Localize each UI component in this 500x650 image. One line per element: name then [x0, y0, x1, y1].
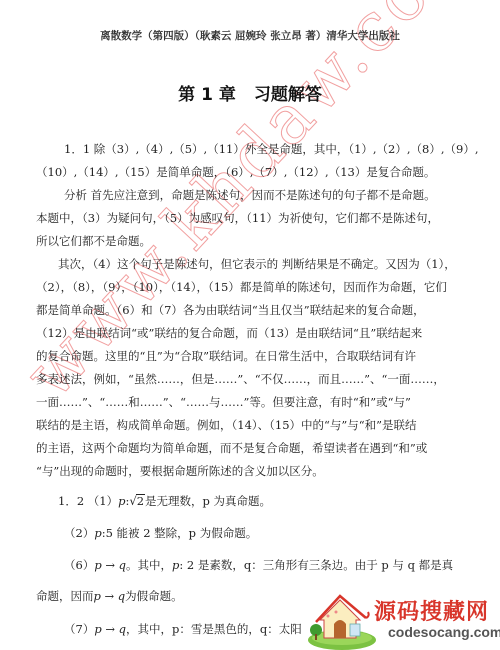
answer-1-2-item-1: 1．2 （1）p:√2是无理数，p 为真命题。: [36, 490, 452, 513]
paragraph-line: 都是简单命题。（6）和（7）各为由联结词“当且仅当”联结起来的复合命题，: [36, 299, 452, 322]
paragraph-line: 一面……”、“……和……”、“……与……”等。但要注意，有时“和”或“与”: [36, 391, 452, 414]
paragraph-line: 1．1 除（3）,（4）,（5）,（11）外全是命题，其中，（1）,（2）,（8…: [36, 138, 452, 161]
paragraph-line: （2），（8），（9），（10），（14），（15）都是简单的陈述句，因而作为命…: [36, 276, 452, 299]
paragraph-line: （10）,（14）,（15）是简单命题，（6）,（7）,（12）,（13）是复合…: [36, 161, 452, 184]
math-expr: p → q: [94, 589, 126, 603]
logo-title: 源码搜藏网: [374, 595, 489, 626]
paragraph-line: （2）p:5 能被 2 整除，p 为假命题。: [36, 522, 452, 545]
chapter-title: 第 1 章习题解答: [0, 80, 500, 105]
paragraph-line: 所以它们都不是命题。: [36, 230, 452, 253]
paragraph-line: （12）是由联结词“或”联结的复合命题，而（13）是由联结词“且”联结起来: [36, 322, 452, 345]
document-page: www.khdaw.com 离散数学（第四版）（耿素云 屈婉玲 张立昂 著）清华…: [0, 0, 500, 650]
math-var: p: [94, 526, 101, 540]
answer-1-1: 1．1 除（3）,（4）,（5）,（11）外全是命题，其中，（1）,（2）,（8…: [36, 138, 452, 184]
paragraph-line: 分析 首先应注意到，命题是陈述句，因而不是陈述句的句子都不是命题。: [36, 184, 452, 207]
paragraph-line: 1．2 （1）p:√2是无理数，p 为真命题。: [36, 490, 452, 513]
paragraph-line: 多表述法，例如，“虽然……，但是……”、“不仅……，而且……”、“一面……，: [36, 368, 452, 391]
paragraph-line: 其次，（4）这个句子是陈述句，但它表示的 判断结果是不确定。又因为（1），: [36, 253, 452, 276]
radicand: 2: [136, 494, 145, 507]
analysis-paragraph: 分析 首先应注意到，命题是陈述句，因而不是陈述句的句子都不是命题。 本题中，（3…: [36, 184, 452, 253]
paragraph-line: 联结的是主语，构成简单命题。例如，（14）、（15）中的“与”与“和”是联结: [36, 414, 452, 437]
paragraph-line: “与”出现的命题时，要根据命题所陈述的含义加以区分。: [36, 460, 452, 483]
answer-1-2-item-2: （2）p:5 能被 2 整除，p 为假命题。: [36, 522, 452, 545]
house-icon: [306, 590, 376, 650]
paragraph-line: 本题中，（3）为疑问句，（5）为感叹句，（11）为祈使句，它们都不是陈述句，: [36, 207, 452, 230]
paragraph-line: 的复合命题。这里的“且”为“合取”联结词。在日常生活中，合取联结词有许: [36, 345, 452, 368]
paragraph-line: 的主语，这两个命题均为简单命题，而不是复合命题，希望读者在遇到“和”或: [36, 437, 452, 460]
site-logo[interactable]: 源码搜藏网 codesocang.com: [306, 590, 500, 650]
chapter-name: 习题解答: [254, 85, 322, 105]
second-paragraph: 其次，（4）这个句子是陈述句，但它表示的 判断结果是不确定。又因为（1）， （2…: [36, 253, 452, 483]
math-expr: p → q: [94, 558, 126, 572]
logo-domain: codesocang.com: [388, 624, 500, 640]
chapter-number: 第 1 章: [178, 85, 236, 105]
book-header: 离散数学（第四版）（耿素云 屈婉玲 张立昂 著）清华大学出版社: [0, 28, 500, 43]
math-expr: p → q: [94, 622, 126, 636]
paragraph-line: （6）p → q。其中，p: 2 是素数，q：三角形有三条边。由于 p 与 q …: [36, 554, 452, 577]
